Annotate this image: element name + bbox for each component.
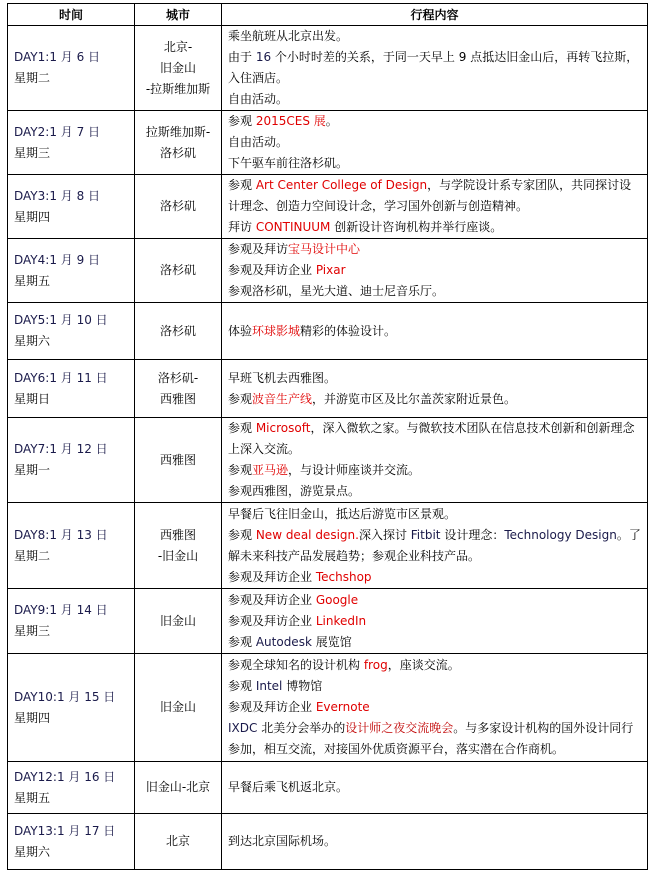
weekday-label: 星期六 — [14, 842, 128, 863]
header-row: 时间 城市 行程内容 — [8, 4, 648, 26]
plan-line: 参观亚马逊，与设计师座谈并交流。 — [228, 460, 641, 481]
plan-text: ，座谈交流。 — [388, 658, 460, 672]
plan-text: 设计理念： — [441, 528, 505, 542]
city-name: 旧金山 — [141, 697, 215, 718]
plan-text: 深入探讨 — [359, 528, 411, 542]
day-label: DAY1:1 月 6 日 — [14, 47, 128, 68]
day-cell: DAY8:1 月 13 日星期二 — [8, 503, 135, 589]
table-row: DAY5:1 月 10 日星期六洛杉矶体验环球影城精彩的体验设计。 — [8, 303, 648, 360]
day-cell: DAY9:1 月 14 日星期三 — [8, 589, 135, 654]
plan-text: 早班飞机去西雅图。 — [228, 371, 336, 385]
highlight-text: Art Center College of Design — [256, 178, 427, 192]
city-cell: 旧金山 — [135, 589, 222, 654]
plan-text: 精彩的体验设计。 — [300, 324, 396, 338]
day-cell: DAY1:1 月 6 日星期二 — [8, 26, 135, 111]
plan-line: 早餐后飞往旧金山，抵达后游览市区景观。 — [228, 504, 641, 525]
city-name: 西雅图 — [141, 525, 215, 546]
plan-text: ，与设计师座谈并交流。 — [288, 463, 420, 477]
table-row: DAY1:1 月 6 日星期二北京-旧金山-拉斯维加斯乘坐航班从北京出发。由于 … — [8, 26, 648, 111]
plan-line: 由于 16 个小时时差的关系，于同一天早上 9 点抵达旧金山后，再转飞拉斯，入住… — [228, 47, 641, 89]
day-cell: DAY12:1 月 16 日星期五 — [8, 762, 135, 814]
plan-cell: 早班飞机去西雅图。参观波音生产线，并游览市区及比尔盖茨家附近景色。 — [222, 360, 648, 418]
plan-text: 参观及拜访企业 — [228, 263, 316, 277]
city-name: 旧金山-北京 — [141, 777, 215, 798]
day-label: DAY3:1 月 8 日 — [14, 186, 128, 207]
city-name: 洛杉矶 — [141, 196, 215, 217]
plan-line: 参观及拜访企业 Techshop — [228, 567, 641, 588]
plan-text: 自由活动。 — [228, 135, 288, 149]
weekday-label: 星期六 — [14, 331, 128, 352]
plan-text: 博物馆 — [282, 679, 322, 693]
table-row: DAY13:1 月 17 日星期六北京到达北京国际机场。 — [8, 814, 648, 870]
city-name: 洛杉矶 — [141, 143, 215, 164]
day-label: DAY4:1 月 9 日 — [14, 250, 128, 271]
plan-line: 乘坐航班从北京出发。 — [228, 26, 641, 47]
table-row: DAY8:1 月 13 日星期二西雅图-旧金山早餐后飞往旧金山，抵达后游览市区景… — [8, 503, 648, 589]
plan-line: 下午驱车前往洛杉矶。 — [228, 153, 641, 174]
city-cell: 北京-旧金山-拉斯维加斯 — [135, 26, 222, 111]
plan-line: 参观及拜访企业 LinkedIn — [228, 611, 641, 632]
plan-line: 参观及拜访企业 Evernote — [228, 697, 641, 718]
plan-line: 自由活动。 — [228, 89, 641, 110]
plan-text: 到达北京国际机场。 — [228, 834, 336, 848]
plan-text: 早餐后飞往旧金山，抵达后游览市区景观。 — [228, 507, 456, 521]
day-label: DAY10:1 月 15 日 — [14, 687, 128, 708]
plan-cell: 到达北京国际机场。 — [222, 814, 648, 870]
day-cell: DAY3:1 月 8 日星期四 — [8, 175, 135, 239]
plan-line: 参观洛杉矶，星光大道、迪士尼音乐厅。 — [228, 281, 641, 302]
plan-text: 参观 — [228, 178, 256, 192]
plan-line: 参观 2015CES 展。 — [228, 111, 641, 132]
highlight-text: CONTINUUM — [256, 220, 331, 234]
highlight-text: Autodesk — [256, 635, 312, 649]
day-cell: DAY6:1 月 11 日星期日 — [8, 360, 135, 418]
plan-cell: 参观 2015CES 展。自由活动。下午驱车前往洛杉矶。 — [222, 111, 648, 175]
highlight-text: IXDC — [228, 721, 257, 735]
plan-text: 参观洛杉矶，星光大道、迪士尼音乐厅。 — [228, 284, 444, 298]
plan-text: 参观 — [228, 463, 252, 477]
plan-text: 参观 — [228, 528, 256, 542]
city-cell: 拉斯维加斯-洛杉矶 — [135, 111, 222, 175]
weekday-label: 星期四 — [14, 708, 128, 729]
day-label: DAY9:1 月 14 日 — [14, 600, 128, 621]
plan-cell: 早餐后乘飞机返北京。 — [222, 762, 648, 814]
day-cell: DAY7:1 月 12 日星期一 — [8, 418, 135, 503]
day-label: DAY8:1 月 13 日 — [14, 525, 128, 546]
highlight-text: Pixar — [316, 263, 346, 277]
weekday-label: 星期二 — [14, 546, 128, 567]
plan-text: 参观西雅图，游览景点。 — [228, 484, 360, 498]
plan-line: 自由活动。 — [228, 132, 641, 153]
weekday-label: 星期五 — [14, 271, 128, 292]
header-plan: 行程内容 — [222, 4, 648, 26]
plan-text: 体验 — [228, 324, 252, 338]
plan-text: 由于 — [228, 50, 256, 64]
plan-line: 参观及拜访宝马设计中心 — [228, 239, 641, 260]
weekday-label: 星期四 — [14, 207, 128, 228]
plan-text: 拜访 — [228, 220, 256, 234]
plan-text: 参观全球知名的设计机构 — [228, 658, 364, 672]
plan-line: 参观西雅图，游览景点。 — [228, 481, 641, 502]
weekday-label: 星期一 — [14, 460, 128, 481]
weekday-label: 星期二 — [14, 68, 128, 89]
header-city: 城市 — [135, 4, 222, 26]
plan-line: 参观及拜访企业 Pixar — [228, 260, 641, 281]
highlight-text: 宝马设计中心 — [288, 242, 360, 256]
city-name: 旧金山 — [141, 611, 215, 632]
highlight-text: LinkedIn — [316, 614, 366, 628]
plan-line: 参观全球知名的设计机构 frog，座谈交流。 — [228, 655, 641, 676]
table-row: DAY2:1 月 7 日星期三拉斯维加斯-洛杉矶参观 2015CES 展。自由活… — [8, 111, 648, 175]
table-row: DAY9:1 月 14 日星期三旧金山参观及拜访企业 Google参观及拜访企业… — [8, 589, 648, 654]
plan-text: 参观及拜访企业 — [228, 570, 316, 584]
highlight-text: Intel — [256, 679, 283, 693]
plan-cell: 乘坐航班从北京出发。由于 16 个小时时差的关系，于同一天早上 9 点抵达旧金山… — [222, 26, 648, 111]
city-name: -拉斯维加斯 — [141, 79, 215, 100]
plan-text: 参观及拜访企业 — [228, 614, 316, 628]
itinerary-body: DAY1:1 月 6 日星期二北京-旧金山-拉斯维加斯乘坐航班从北京出发。由于 … — [8, 26, 648, 870]
city-name: 西雅图 — [141, 389, 215, 410]
plan-text: 创新设计咨询机构并举行座谈。 — [330, 220, 502, 234]
plan-text: 早餐后乘飞机返北京。 — [228, 780, 348, 794]
plan-line: 拜访 CONTINUUM 创新设计咨询机构并举行座谈。 — [228, 217, 641, 238]
plan-text: 。 — [326, 114, 338, 128]
city-name: 西雅图 — [141, 450, 215, 471]
highlight-text: Fitbit — [411, 528, 441, 542]
plan-cell: 参观及拜访企业 Google参观及拜访企业 LinkedIn参观 Autodes… — [222, 589, 648, 654]
day-label: DAY13:1 月 17 日 — [14, 821, 128, 842]
weekday-label: 星期三 — [14, 621, 128, 642]
highlight-text: Techshop — [316, 570, 372, 584]
plan-line: 到达北京国际机场。 — [228, 831, 641, 852]
city-cell: 西雅图 — [135, 418, 222, 503]
highlight-text: 16 — [256, 50, 271, 64]
day-cell: DAY13:1 月 17 日星期六 — [8, 814, 135, 870]
highlight-text: 亚马逊 — [252, 463, 288, 477]
highlight-text: 设计师之夜交流晚会 — [345, 721, 453, 735]
plan-text: 个小时时差的关系，于同一天早上 9 点抵达旧金山后，再转飞拉斯，入住酒店。 — [228, 50, 638, 85]
highlight-text: Evernote — [316, 700, 370, 714]
day-label: DAY12:1 月 16 日 — [14, 767, 128, 788]
city-cell: 旧金山-北京 — [135, 762, 222, 814]
day-label: DAY2:1 月 7 日 — [14, 122, 128, 143]
city-cell: 洛杉矶-西雅图 — [135, 360, 222, 418]
city-cell: 洛杉矶 — [135, 175, 222, 239]
city-name: -旧金山 — [141, 546, 215, 567]
city-name: 旧金山 — [141, 58, 215, 79]
table-row: DAY10:1 月 15 日星期四旧金山参观全球知名的设计机构 frog，座谈交… — [8, 654, 648, 762]
plan-line: 参观 Autodesk 展览馆 — [228, 632, 641, 653]
highlight-text: Technology Design — [504, 528, 616, 542]
plan-line: 参观及拜访企业 Google — [228, 590, 641, 611]
city-name: 北京- — [141, 37, 215, 58]
table-row: DAY7:1 月 12 日星期一西雅图参观 Microsoft，深入微软之家。与… — [8, 418, 648, 503]
day-cell: DAY4:1 月 9 日星期五 — [8, 239, 135, 303]
city-cell: 北京 — [135, 814, 222, 870]
plan-line: 早班飞机去西雅图。 — [228, 368, 641, 389]
weekday-label: 星期五 — [14, 788, 128, 809]
city-name: 洛杉矶- — [141, 368, 215, 389]
plan-line: 早餐后乘飞机返北京。 — [228, 777, 641, 798]
highlight-text: 波音生产线 — [252, 392, 312, 406]
plan-text: 乘坐航班从北京出发。 — [228, 29, 348, 43]
table-row: DAY4:1 月 9 日星期五洛杉矶参观及拜访宝马设计中心参观及拜访企业 Pix… — [8, 239, 648, 303]
plan-text: 下午驱车前往洛杉矶。 — [228, 156, 348, 170]
plan-text: 参观 — [228, 392, 252, 406]
plan-line: 参观 Microsoft，深入微软之家。与微软技术团队在信息技术创新和创新理念上… — [228, 418, 641, 460]
table-row: DAY6:1 月 11 日星期日洛杉矶-西雅图早班飞机去西雅图。参观波音生产线，… — [8, 360, 648, 418]
city-name: 洛杉矶 — [141, 260, 215, 281]
city-cell: 洛杉矶 — [135, 239, 222, 303]
highlight-text: Google — [316, 593, 358, 607]
city-name: 拉斯维加斯- — [141, 122, 215, 143]
highlight-text: frog — [364, 658, 388, 672]
weekday-label: 星期日 — [14, 389, 128, 410]
plan-cell: 参观全球知名的设计机构 frog，座谈交流。参观 Intel 博物馆参观及拜访企… — [222, 654, 648, 762]
plan-text: 参观及拜访企业 — [228, 700, 316, 714]
plan-line: 参观波音生产线，并游览市区及比尔盖茨家附近景色。 — [228, 389, 641, 410]
day-cell: DAY2:1 月 7 日星期三 — [8, 111, 135, 175]
day-cell: DAY10:1 月 15 日星期四 — [8, 654, 135, 762]
plan-line: 体验环球影城精彩的体验设计。 — [228, 321, 641, 342]
table-row: DAY3:1 月 8 日星期四洛杉矶参观 Art Center College … — [8, 175, 648, 239]
plan-text: 参观 — [228, 114, 256, 128]
day-cell: DAY5:1 月 10 日星期六 — [8, 303, 135, 360]
plan-text: 参观及拜访企业 — [228, 593, 316, 607]
plan-text: 参观 — [228, 635, 256, 649]
plan-cell: 参观及拜访宝马设计中心参观及拜访企业 Pixar参观洛杉矶，星光大道、迪士尼音乐… — [222, 239, 648, 303]
city-cell: 旧金山 — [135, 654, 222, 762]
header-time: 时间 — [8, 4, 135, 26]
highlight-text: Microsoft — [256, 421, 311, 435]
plan-text: 参观 — [228, 679, 256, 693]
plan-text: 参观及拜访 — [228, 242, 288, 256]
city-cell: 西雅图-旧金山 — [135, 503, 222, 589]
plan-cell: 早餐后飞往旧金山，抵达后游览市区景观。参观 New deal design.深入… — [222, 503, 648, 589]
plan-line: IXDC 北美分会举办的设计师之夜交流晚会。与多家设计机构的国外设计同行参加，相… — [228, 718, 641, 760]
plan-text: ，并游览市区及比尔盖茨家附近景色。 — [312, 392, 516, 406]
highlight-text: 环球影城 — [252, 324, 300, 338]
plan-text: 北美分会举办的 — [257, 721, 345, 735]
plan-text: 参观 — [228, 421, 256, 435]
plan-cell: 参观 Art Center College of Design，与学院设计系专家… — [222, 175, 648, 239]
plan-line: 参观 Art Center College of Design，与学院设计系专家… — [228, 175, 641, 217]
itinerary-table: 时间 城市 行程内容 DAY1:1 月 6 日星期二北京-旧金山-拉斯维加斯乘坐… — [7, 3, 648, 870]
plan-text: 展览馆 — [312, 635, 352, 649]
city-name: 北京 — [141, 831, 215, 852]
plan-cell: 参观 Microsoft，深入微软之家。与微软技术团队在信息技术创新和创新理念上… — [222, 418, 648, 503]
table-row: DAY12:1 月 16 日星期五旧金山-北京早餐后乘飞机返北京。 — [8, 762, 648, 814]
plan-line: 参观 Intel 博物馆 — [228, 676, 641, 697]
plan-text: 自由活动。 — [228, 92, 288, 106]
weekday-label: 星期三 — [14, 143, 128, 164]
day-label: DAY6:1 月 11 日 — [14, 368, 128, 389]
plan-cell: 体验环球影城精彩的体验设计。 — [222, 303, 648, 360]
city-cell: 洛杉矶 — [135, 303, 222, 360]
highlight-text: New deal design. — [256, 528, 359, 542]
day-label: DAY7:1 月 12 日 — [14, 439, 128, 460]
plan-line: 参观 New deal design.深入探讨 Fitbit 设计理念：Tech… — [228, 525, 641, 567]
city-name: 洛杉矶 — [141, 321, 215, 342]
day-label: DAY5:1 月 10 日 — [14, 310, 128, 331]
highlight-text: 2015CES 展 — [256, 114, 326, 128]
